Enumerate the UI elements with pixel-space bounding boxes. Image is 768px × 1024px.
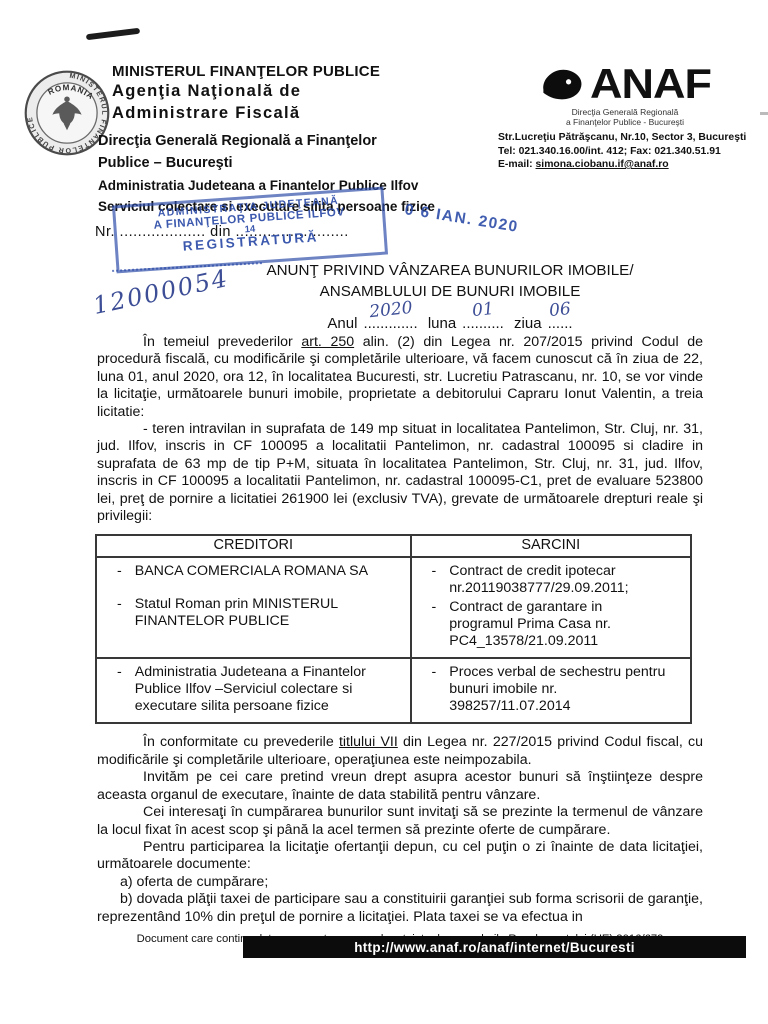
document-title: ANUNŢ PRIVIND VÂNZAREA BUNURILOR IMOBILE… — [140, 261, 760, 335]
ministry-header: MINISTERUL FINANŢELOR PUBLICE Agenţia Na… — [112, 63, 380, 124]
ministry-name: MINISTERUL FINANŢELOR PUBLICE — [112, 63, 380, 80]
table-header-row: CREDITORI SARCINI — [96, 535, 691, 557]
direction-line1: Direcţia Generală Regională a Finanţelor — [98, 130, 458, 152]
table-row: -Administratia Judeteana a Finantelor Pu… — [96, 658, 691, 723]
paragraph-buyers-invitation: Cei interesaţi în cumpărarea bunurilor s… — [97, 804, 703, 839]
table-row: -BANCA COMERCIALA ROMANA SA -Statul Roma… — [96, 557, 691, 658]
list-item-b: b) dovada plăţii taxei de participare sa… — [97, 891, 703, 926]
list-item: -Proces verbal de sechestru pentru bunur… — [424, 664, 686, 715]
art-250-link[interactable]: art. 250 — [301, 334, 354, 350]
agency-name-line1: Agenţia Naţională de — [112, 80, 380, 102]
agency-name-line2: Administrare Fiscală — [112, 102, 380, 124]
luna-label: luna — [428, 315, 456, 332]
ziua-handwritten-value: 06 — [548, 299, 572, 322]
list-item: -Contract de credit ipotecar nr.20119038… — [424, 563, 686, 597]
scan-edge-mark — [760, 112, 768, 115]
footer-url-bar: http://www.anaf.ro/anaf/internet/Bucures… — [243, 936, 746, 958]
anaf-email-line: E-mail: simona.ciobanu.if@anaf.ro — [498, 158, 752, 172]
anaf-sub-line1: Direcţia Generală Regională — [498, 107, 752, 117]
paragraph-tax-regime: În conformitate cu prevederile titlului … — [97, 734, 703, 769]
sarcini-cell-1: -Contract de credit ipotecar nr.20119038… — [411, 557, 691, 658]
document-page: MINISTERUL FINANTELOR PUBLICE ROMANIA MI… — [0, 0, 768, 1024]
scanner-smudge-mark — [86, 28, 140, 41]
column-header-creditori: CREDITORI — [96, 535, 411, 557]
email-label: E-mail: — [498, 159, 536, 170]
document-body: În temeiul prevederilor art. 250 alin. (… — [97, 334, 703, 948]
list-item-a: a) oferta de cumpărare; — [97, 874, 703, 891]
anaf-website-link[interactable]: http://www.anaf.ro/anaf/internet/Bucures… — [354, 940, 635, 955]
sarcini-cell-2: -Proces verbal de sechestru pentru bunur… — [411, 658, 691, 723]
title-date-line: Anul.............2020 luna..........01 z… — [140, 314, 760, 335]
paragraph-legal-basis: În temeiul prevederilor art. 250 alin. (… — [97, 334, 703, 421]
ziua-field: ......06 — [548, 314, 573, 335]
list-item: -Administratia Judeteana a Finantelor Pu… — [109, 664, 406, 715]
date-stamp: 0 6 IAN. 2020 — [403, 201, 520, 237]
list-item: -BANCA COMERCIALA ROMANA SA — [109, 563, 406, 580]
luna-field: ..........01 — [462, 314, 504, 335]
anaf-sub-line2: a Finanţelor Publice - Bucureşti — [498, 117, 752, 127]
anaf-wordmark: ANAF — [590, 64, 711, 104]
creditori-cell-1: -BANCA COMERCIALA ROMANA SA -Statul Roma… — [96, 557, 411, 658]
titlul-vii-link[interactable]: titlului VII — [339, 734, 398, 750]
creditors-charges-table: CREDITORI SARCINI -BANCA COMERCIALA ROMA… — [95, 534, 692, 724]
anul-field: .............2020 — [363, 314, 417, 335]
anaf-header: ANAF Direcţia Generală Regională a Finan… — [498, 62, 752, 172]
ziua-label: ziua — [514, 315, 542, 332]
anaf-address: Str.Lucreţiu Pătrăşcanu, Nr.10, Sector 3… — [498, 131, 752, 145]
paragraph-participation-requirements: Pentru participarea la licitaţie ofertan… — [97, 839, 703, 874]
administration-line: Administratia Judeteana a Finantelor Pub… — [98, 177, 458, 195]
anaf-logo: ANAF — [498, 62, 752, 106]
creditori-cell-2: -Administratia Judeteana a Finantelor Pu… — [96, 658, 411, 723]
luna-handwritten-value: 01 — [471, 299, 495, 322]
list-item: -Contract de garantare in programul Prim… — [424, 599, 686, 650]
anul-label: Anul — [327, 315, 357, 332]
list-item: -Statul Roman prin MINISTERUL FINANTELOR… — [109, 596, 406, 630]
direction-line2: Publice – Bucureşti — [98, 152, 458, 174]
email-link[interactable]: simona.ciobanu.if@anaf.ro — [536, 159, 669, 170]
paragraph-rights-notice: Invităm pe cei care pretind vreun drept … — [97, 769, 703, 804]
paragraph-property-description: - teren intravilan in suprafata de 149 m… — [97, 421, 703, 525]
title-line1: ANUNŢ PRIVIND VÂNZAREA BUNURILOR IMOBILE… — [140, 261, 760, 282]
column-header-sarcini: SARCINI — [411, 535, 691, 557]
anaf-phone-fax: Tel: 021.340.16.00/int. 412; Fax: 021.34… — [498, 145, 752, 159]
title-line2: ANSAMBLULUI DE BUNURI IMOBILE — [140, 282, 760, 303]
romania-map-icon — [539, 65, 585, 103]
